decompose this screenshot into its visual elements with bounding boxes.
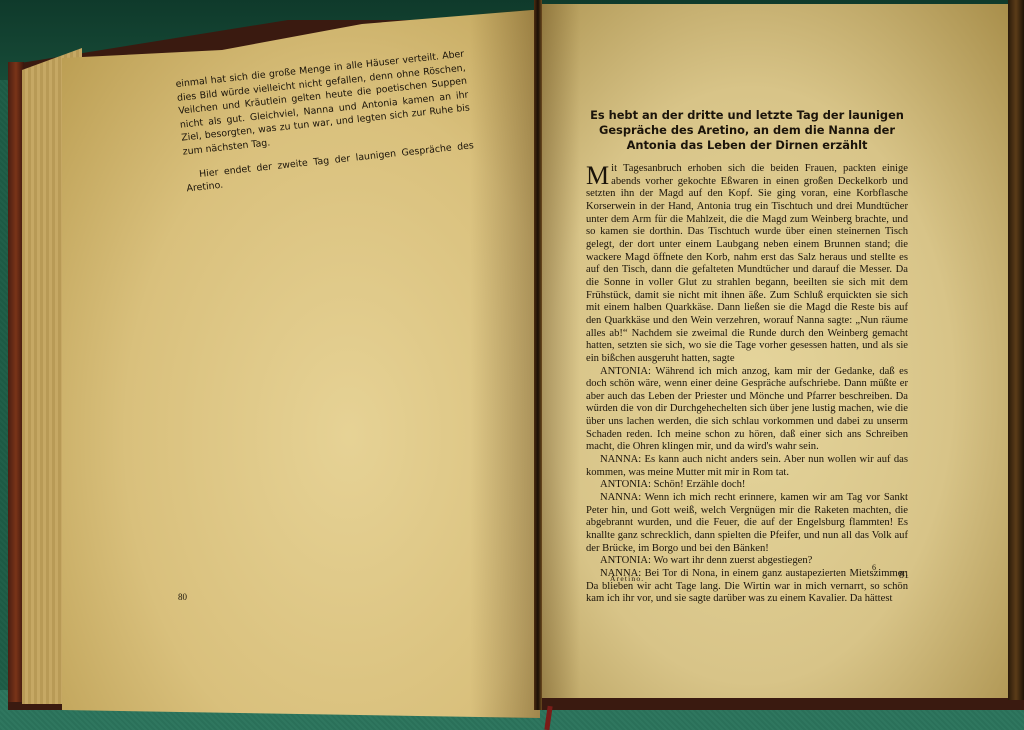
- signature-mark: Aretino.: [610, 574, 644, 583]
- page-number-right: 81: [899, 570, 909, 581]
- dialogue-paragraph: NANNA: Es kann auch nicht anders sein. A…: [586, 454, 908, 479]
- drop-cap: M: [586, 165, 609, 187]
- chapter-body: Mit Tagesanbruch erhoben sich die beiden…: [586, 163, 908, 606]
- dialogue-paragraph: ANTONIA: Schön! Erzähle doch!: [586, 479, 908, 492]
- dialogue-paragraph: NANNA: Wenn ich mich recht erinnere, kam…: [586, 492, 908, 555]
- opening-paragraph: Mit Tagesanbruch erhoben sich die beiden…: [586, 163, 908, 366]
- page-number-left: 80: [178, 592, 187, 602]
- dialogue-paragraph: ANTONIA: Wo wart ihr denn zuerst abgesti…: [586, 555, 908, 568]
- right-page-gutter-shadow: [540, 4, 580, 698]
- left-page-gutter-shadow: [470, 10, 540, 718]
- signature-number: 6: [872, 563, 876, 572]
- dialogue-paragraph: ANTONIA: Während ich mich anzog, kam mir…: [586, 366, 908, 455]
- book-gutter: [534, 0, 542, 710]
- book-cover-right-edge: [1008, 0, 1024, 700]
- book-cover-edge: [8, 62, 24, 702]
- right-page-text: Es hebt an der dritte und letzte Tag der…: [586, 108, 908, 606]
- chapter-title: Es hebt an der dritte und letzte Tag der…: [586, 108, 908, 153]
